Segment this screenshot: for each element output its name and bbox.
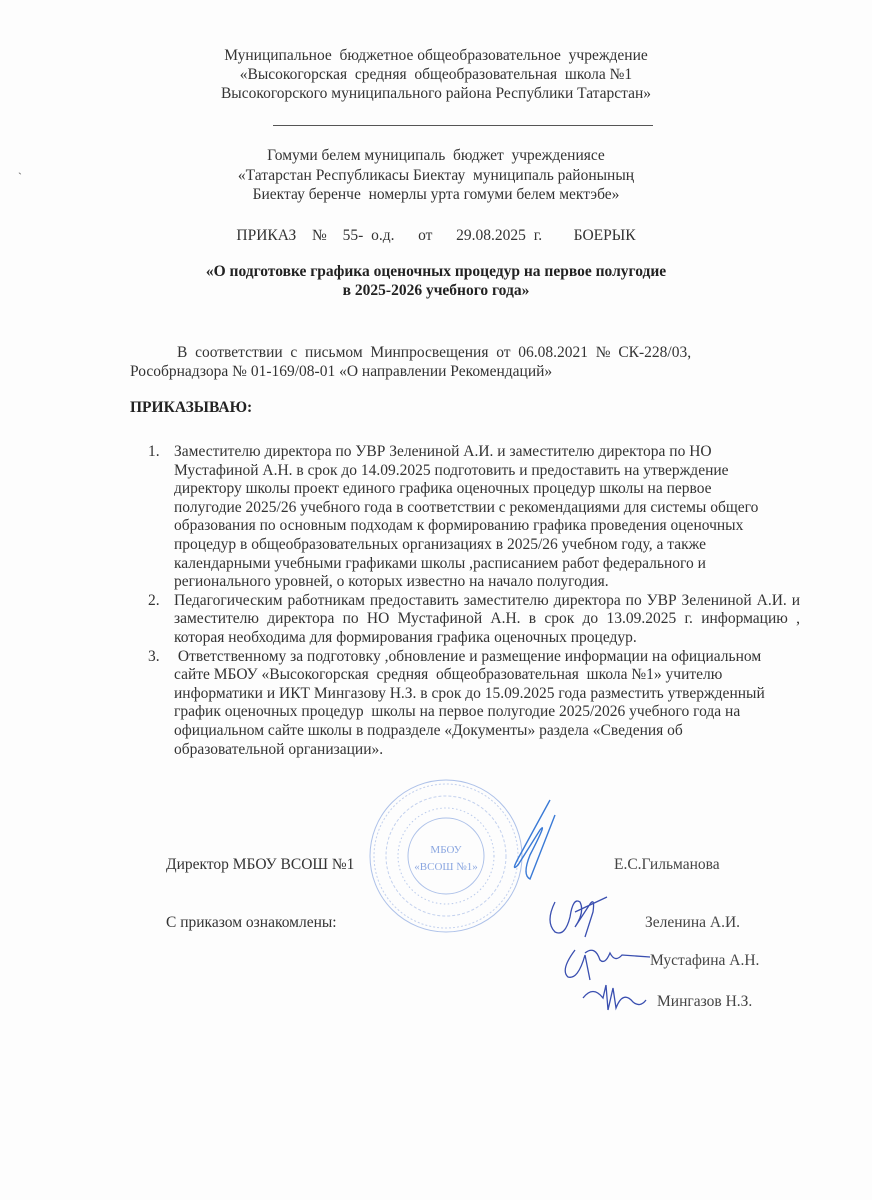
title-line-1: «О подготовке графика оценочных процедур…	[0, 262, 872, 281]
stamp-line-1: МБОУ	[430, 844, 461, 856]
basis-paragraph: В соответствии с письмом Минпросвещения …	[130, 343, 798, 381]
acknowledgement-label: С приказом ознакомлены:	[166, 914, 337, 932]
order-item-2: 2. Педагогическим работникам предоставит…	[148, 592, 800, 648]
header-ru-line-2: «Высокогорская средняя общеобразовательн…	[0, 65, 872, 84]
stamp-line-2: «ВСОШ №1»	[414, 861, 477, 873]
order-item-1: 1. Заместителю директора по УВР Зеленино…	[148, 443, 800, 592]
header-ru-line-1: Муниципальное бюджетное общеобразователь…	[0, 46, 872, 65]
director-label: Директор МБОУ ВСОШ №1	[166, 856, 354, 874]
order-items-list: 1. Заместителю директора по УВР Зеленино…	[148, 443, 800, 759]
header-divider	[273, 125, 653, 126]
basis-line-1: В соответствии с письмом Минпросвещения …	[130, 343, 798, 362]
item-number: 2.	[148, 592, 174, 648]
ack-name-zelenina: Зеленина А.И.	[645, 914, 740, 932]
order-number-line: ПРИКАЗ № 55- о.д. от 29.08.2025 г. БОЕРЫ…	[0, 227, 872, 245]
item-text: Заместителю директора по УВР Зелениной А…	[174, 443, 770, 592]
header-ru-line-3: Высокогорского муниципального района Рес…	[0, 84, 872, 103]
item-text: Педагогическим работникам предоставить з…	[174, 592, 800, 648]
ack-name-mingazov: Мингазов Н.З.	[657, 993, 752, 1011]
item-number: 3.	[148, 648, 174, 760]
orders-heading: ПРИКАЗЫВАЮ:	[130, 399, 252, 417]
header-russian: Муниципальное бюджетное общеобразователь…	[0, 46, 872, 103]
signature-mingazov	[578, 980, 648, 1015]
header-tt-line-1: Гомуми белем муниципаль бюджет учреждени…	[0, 146, 872, 166]
order-item-3: 3. Ответственному за подготовку ,обновле…	[148, 648, 800, 760]
header-tatar: Гомуми белем муниципаль бюджет учреждени…	[0, 146, 872, 205]
header-tt-line-3: Биектау беренче номерлы урта гомуми беле…	[0, 185, 872, 205]
document-title: «О подготовке графика оценочных процедур…	[0, 262, 872, 300]
document-page: ` Муниципальное бюджетное общеобразовате…	[0, 0, 872, 1200]
title-line-2: в 2025-2026 учебного года»	[0, 281, 872, 300]
basis-line-2: Рособрнадзора № 01-169/08-01 «О направле…	[130, 362, 798, 381]
faint-stamp-mark	[514, 128, 594, 136]
director-signature	[500, 795, 560, 885]
item-text: Ответственному за подготовку ,обновление…	[174, 648, 790, 760]
item-number: 1.	[148, 443, 174, 592]
header-tt-line-2: «Татарстан Республикасы Биектау муниципа…	[0, 166, 872, 186]
signature-mustafina	[560, 935, 655, 985]
director-name: Е.С.Гильманова	[614, 856, 720, 874]
ack-name-mustafina: Мустафина А.Н.	[650, 952, 759, 970]
